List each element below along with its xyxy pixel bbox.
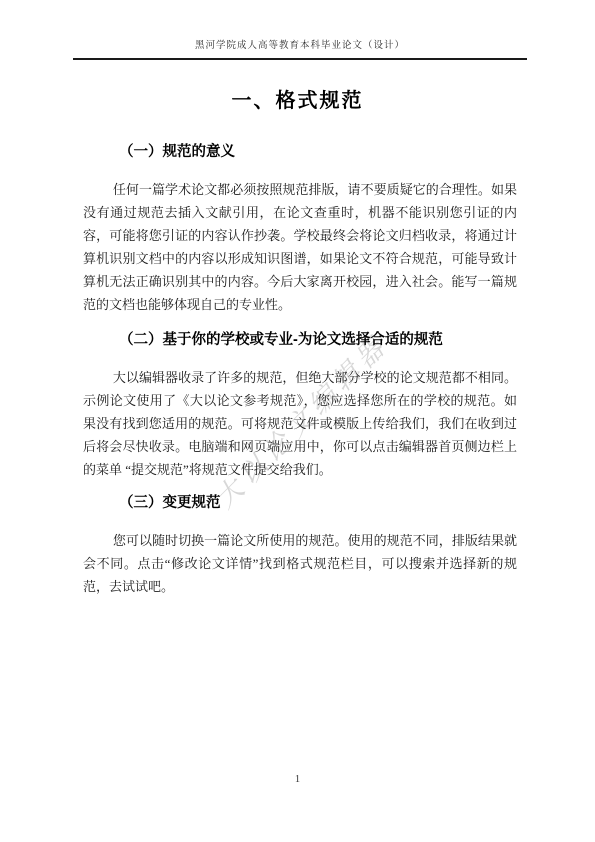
section-1-paragraph: 任何一篇学术论文都必须按照规范排版，请不要质疑它的合理性。如果没有通过规范去插入… [83, 178, 517, 316]
page-number: 1 [0, 774, 595, 785]
running-header: 黑河学院成人高等教育本科毕业论文（设计） [73, 40, 527, 60]
chapter-title: 一、格式规范 [70, 88, 525, 114]
section-3-heading: （三）变更规范 [83, 493, 517, 513]
section-2: （二）基于你的学校或专业-为论文选择合适的规范 大以编辑器收录了许多的规范，但绝… [0, 330, 595, 481]
section-3: （三）变更规范 您可以随时切换一篇论文所使用的规范。使用的规范不同，排版结果就会… [0, 493, 595, 598]
section-2-heading: （二）基于你的学校或专业-为论文选择合适的规范 [83, 330, 517, 350]
section-3-paragraph: 您可以随时切换一篇论文所使用的规范。使用的规范不同，排版结果就会不同。点击“修改… [83, 529, 517, 598]
section-1-heading: （一）规范的意义 [83, 142, 517, 162]
section-1: （一）规范的意义 任何一篇学术论文都必须按照规范排版，请不要质疑它的合理性。如果… [0, 142, 595, 316]
section-2-paragraph: 大以编辑器收录了许多的规范，但绝大部分学校的论文规范都不相同。示例论文使用了《大… [83, 366, 517, 481]
document-page: 大以论文编辑器 黑河学院成人高等教育本科毕业论文（设计） 一、格式规范 （一）规… [0, 0, 595, 842]
page-content: 黑河学院成人高等教育本科毕业论文（设计） 一、格式规范 （一）规范的意义 任何一… [0, 40, 595, 598]
